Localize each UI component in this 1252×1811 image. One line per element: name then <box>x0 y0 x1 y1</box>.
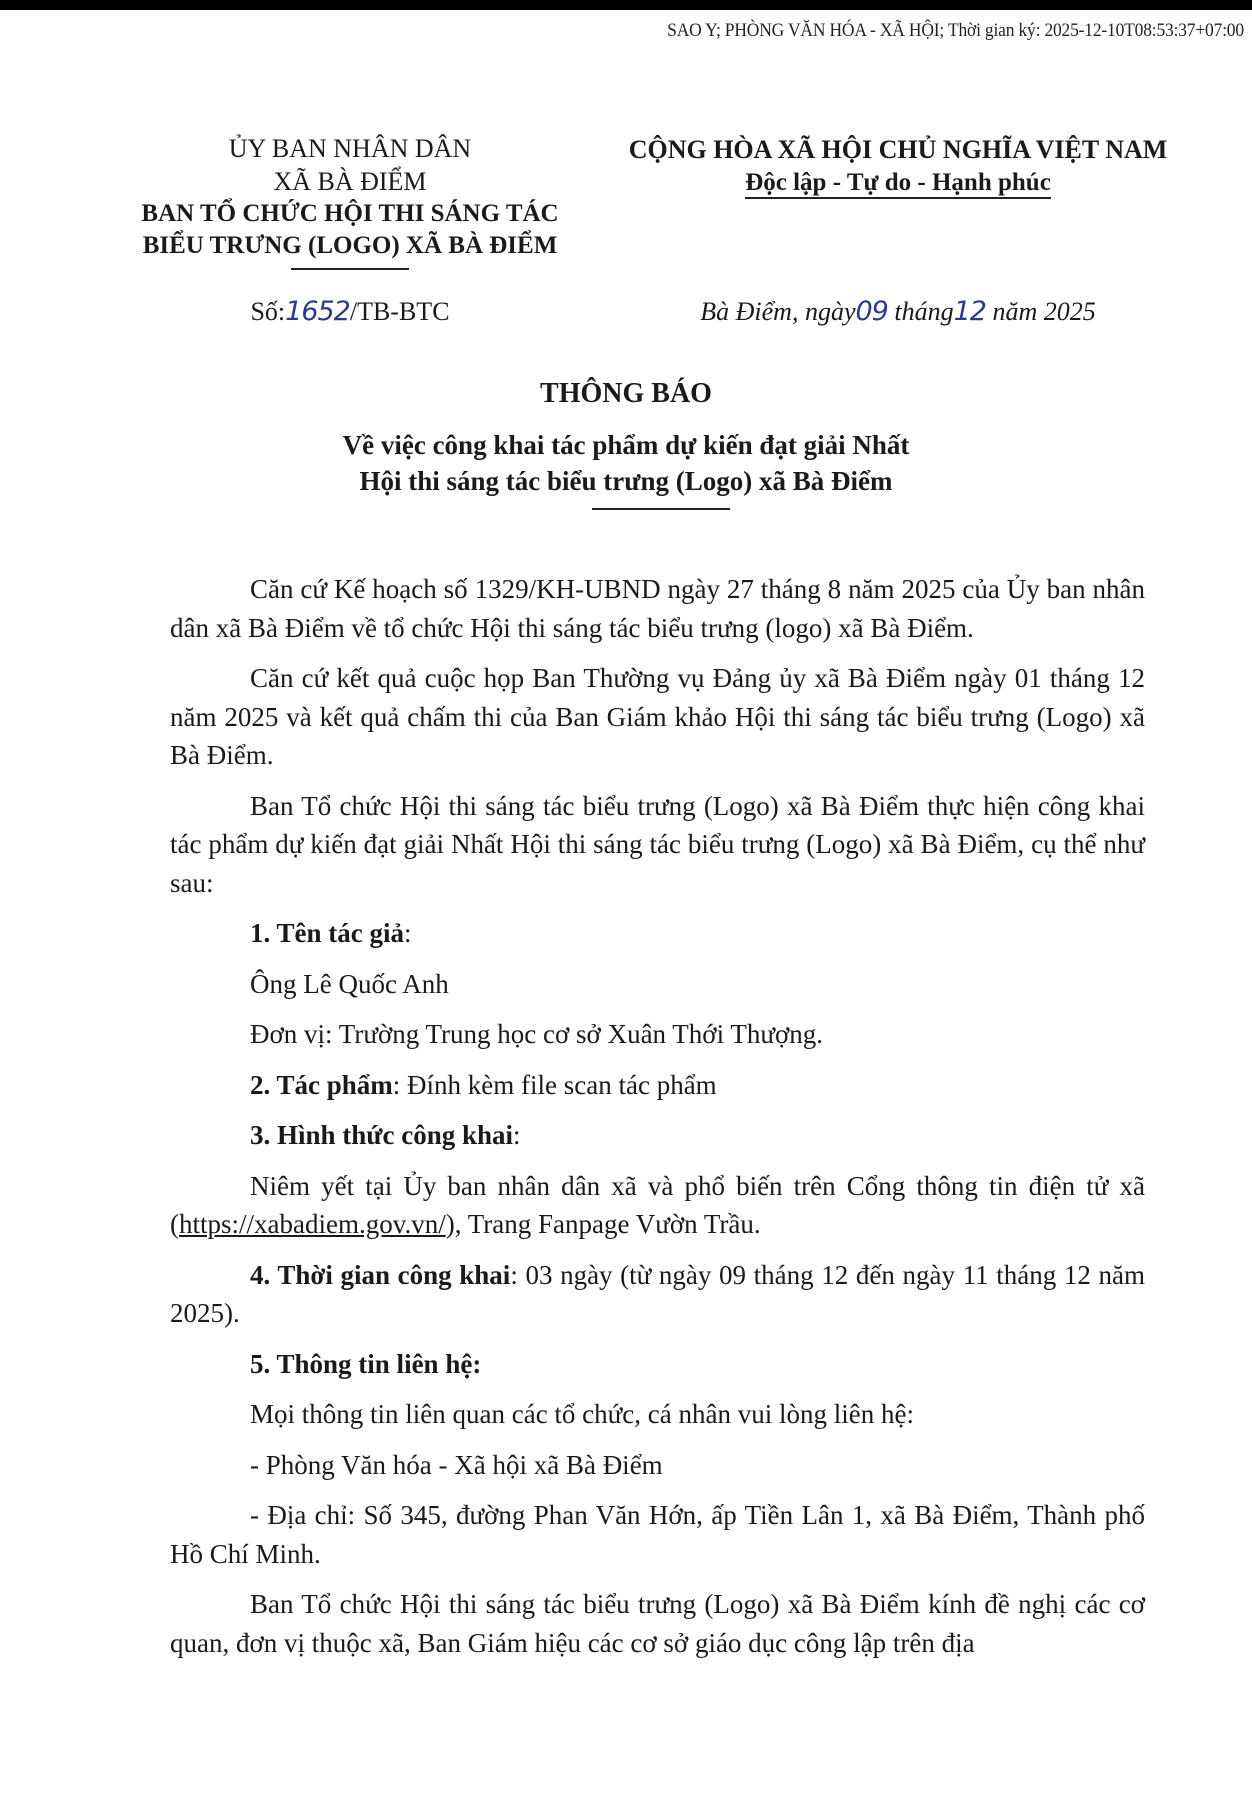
handwritten-day: 09 <box>856 296 888 327</box>
contact-intro: Mọi thông tin liên quan các tổ chức, cá … <box>170 1395 1145 1434</box>
national-motto: Độc lập - Tự do - Hạnh phúc <box>588 166 1208 199</box>
authority-line-3: BAN TỔ CHỨC HỘI THI SÁNG TÁC <box>110 198 590 230</box>
authority-line-2: XÃ BÀ ĐIỂM <box>110 165 590 198</box>
author-unit: Đơn vị: Trường Trung học cơ sở Xuân Thới… <box>170 1015 1145 1054</box>
handwritten-number: 1652 <box>285 296 350 327</box>
section-author-heading: 1. Tên tác giả: <box>170 914 1145 953</box>
document-body: Căn cứ Kế hoạch số 1329/KH-UBND ngày 27 … <box>170 570 1145 1674</box>
handwritten-month: 12 <box>954 296 986 327</box>
document-subtitle: Về việc công khai tác phẩm dự kiến đạt g… <box>0 427 1252 499</box>
authority-divider <box>291 268 409 270</box>
paragraph-basis-meeting: Căn cứ kết quả cuộc họp Ban Thường vụ Đả… <box>170 659 1145 775</box>
scan-top-edge <box>0 0 1252 10</box>
portal-link[interactable]: https://xabadiem.gov.vn/ <box>179 1209 446 1239</box>
national-motto-block: CỘNG HÒA XÃ HỘI CHỦ NGHĨA VIỆT NAM Độc l… <box>588 133 1208 199</box>
authority-line-1: ỦY BAN NHÂN DÂN <box>110 132 590 165</box>
author-name: Ông Lê Quốc Anh <box>170 965 1145 1004</box>
digital-signature-stamp: SAO Y; PHÒNG VĂN HÓA - XÃ HỘI; Thời gian… <box>667 20 1244 42</box>
contact-address: - Địa chỉ: Số 345, đường Phan Văn Hớn, ấ… <box>170 1496 1145 1573</box>
document-date: Bà Điểm, ngày09 tháng12 năm 2025 <box>588 296 1208 327</box>
document-number: Số:1652/TB-BTC <box>110 296 590 327</box>
section-publicity-heading: 3. Hình thức công khai: <box>170 1116 1145 1155</box>
paragraph-basis-plan: Căn cứ Kế hoạch số 1329/KH-UBND ngày 27 … <box>170 570 1145 647</box>
country-name: CỘNG HÒA XÃ HỘI CHỦ NGHĨA VIỆT NAM <box>588 133 1208 166</box>
section-work: 2. Tác phẩm: Đính kèm file scan tác phẩm <box>170 1066 1145 1105</box>
publicity-details: Niêm yết tại Ủy ban nhân dân xã và phổ b… <box>170 1167 1145 1244</box>
paragraph-announcement: Ban Tổ chức Hội thi sáng tác biểu trưng … <box>170 787 1145 903</box>
issuing-authority-block: ỦY BAN NHÂN DÂN XÃ BÀ ĐIỂM BAN TỔ CHỨC H… <box>110 132 590 270</box>
section-contact-heading: 5. Thông tin liên hệ: <box>170 1345 1145 1384</box>
closing-paragraph: Ban Tổ chức Hội thi sáng tác biểu trưng … <box>170 1585 1145 1662</box>
document-title: THÔNG BÁO <box>0 378 1252 410</box>
authority-line-4: BIỂU TRƯNG (LOGO) XÃ BÀ ĐIỂM <box>110 230 590 262</box>
contact-office: - Phòng Văn hóa - Xã hội xã Bà Điểm <box>170 1446 1145 1485</box>
section-duration: 4. Thời gian công khai: 03 ngày (từ ngày… <box>170 1256 1145 1333</box>
title-divider <box>592 508 730 510</box>
